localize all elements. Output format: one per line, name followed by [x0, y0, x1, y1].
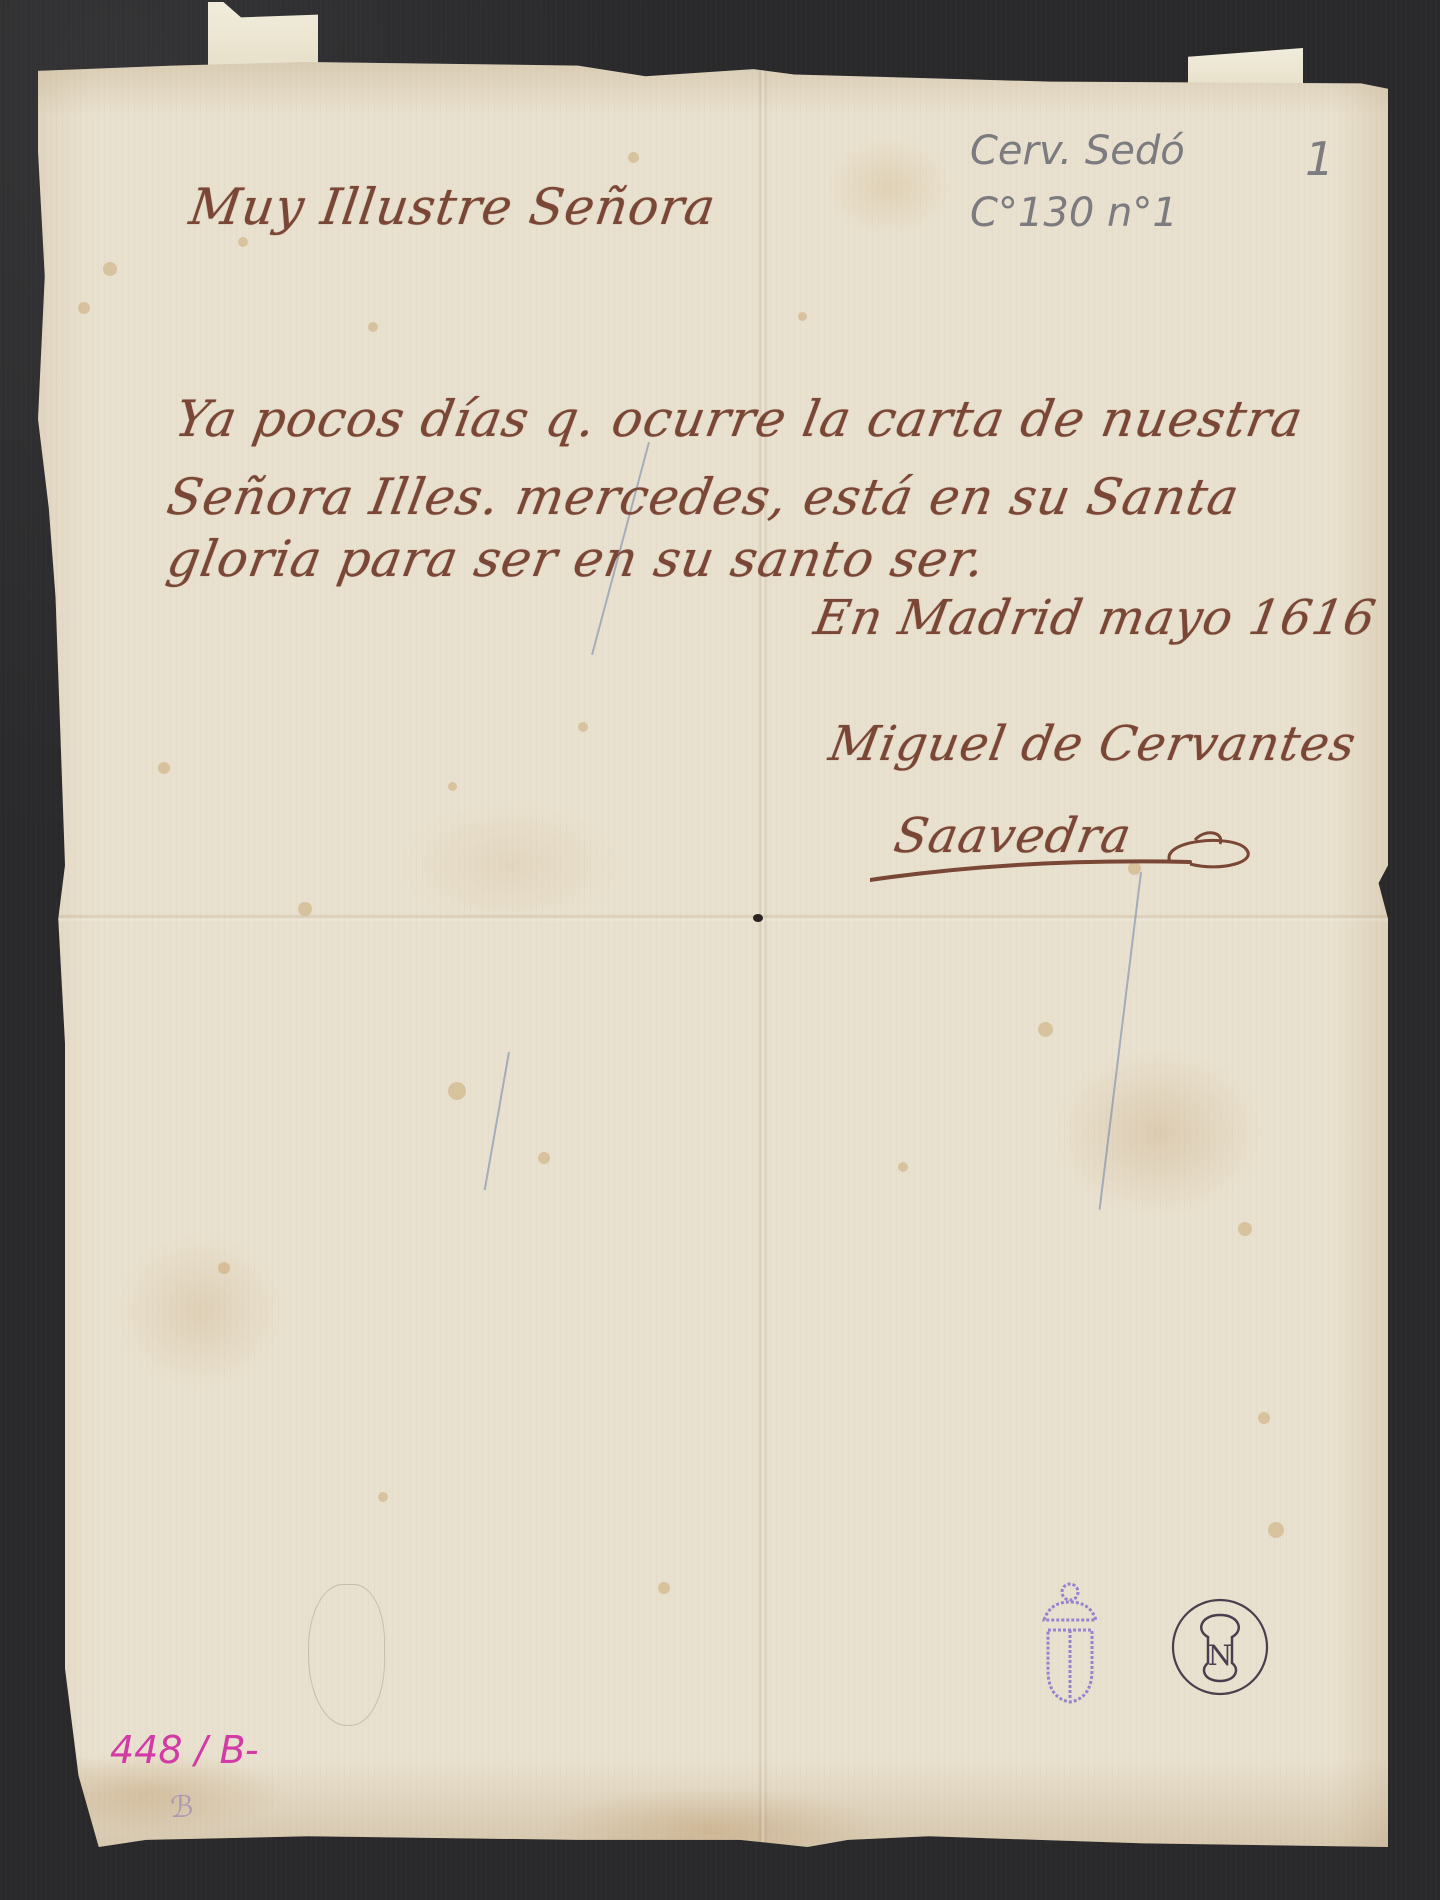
foxing-spot — [898, 1162, 908, 1172]
letter-body-line: Ya pocos días q. ocurre la carta de nues… — [171, 390, 1308, 448]
blue-pencil-mark — [484, 1052, 510, 1190]
place-date-line: En Madrid mayo 1616 — [810, 590, 1380, 646]
svg-text:N: N — [1208, 1639, 1233, 1672]
foxing-spot — [578, 722, 588, 732]
foxing-spot — [658, 1582, 670, 1594]
foxing-spot — [378, 1492, 388, 1502]
foxing-spot — [1038, 1022, 1053, 1037]
foxing-spot — [448, 782, 457, 791]
manuscript-sheet — [38, 62, 1388, 1847]
foxing-spot — [538, 1152, 550, 1164]
archive-box-number-note: C°130 n°1 — [970, 190, 1178, 236]
foxing-spot — [368, 322, 378, 332]
foxing-spot — [1258, 1412, 1270, 1424]
foxing-spot — [158, 762, 170, 774]
foxing-spot — [1238, 1222, 1252, 1236]
foxing-spot — [448, 1082, 466, 1100]
foxing-spot — [798, 312, 807, 321]
foxing-spot — [238, 237, 248, 247]
blue-pencil-mark — [1099, 872, 1142, 1210]
round-n-library-stamp-icon: N — [1170, 1597, 1270, 1697]
letter-body-line: Señora Illes. mercedes, está en su Santa — [163, 468, 1244, 526]
letter-salutation: Muy Illustre Señora — [186, 178, 720, 236]
signature-name: Miguel de Cervantes — [825, 716, 1360, 772]
foxing-spot — [218, 1262, 230, 1274]
fold-hole — [753, 914, 763, 922]
vertical-fold-line — [758, 62, 768, 1847]
horizontal-fold-line — [38, 914, 1388, 922]
folio-number: 1 — [1305, 132, 1334, 186]
watermark-outline — [308, 1584, 385, 1726]
foxing-spot — [103, 262, 117, 276]
crowned-coat-of-arms-stamp-icon — [1030, 1580, 1110, 1705]
foxing-spot — [78, 302, 90, 314]
foxing-spot — [1268, 1522, 1284, 1538]
signature-rubric-flourish — [870, 830, 1270, 890]
archive-collection-note: Cerv. Sedó — [970, 128, 1185, 174]
letter-body-line: gloria para ser en su santo ser. — [163, 530, 990, 588]
faint-violet-note: ℬ — [170, 1790, 194, 1825]
foxing-spot — [298, 902, 312, 916]
inventory-number-note: 448 / B- — [110, 1728, 259, 1772]
foxing-spot — [628, 152, 639, 163]
